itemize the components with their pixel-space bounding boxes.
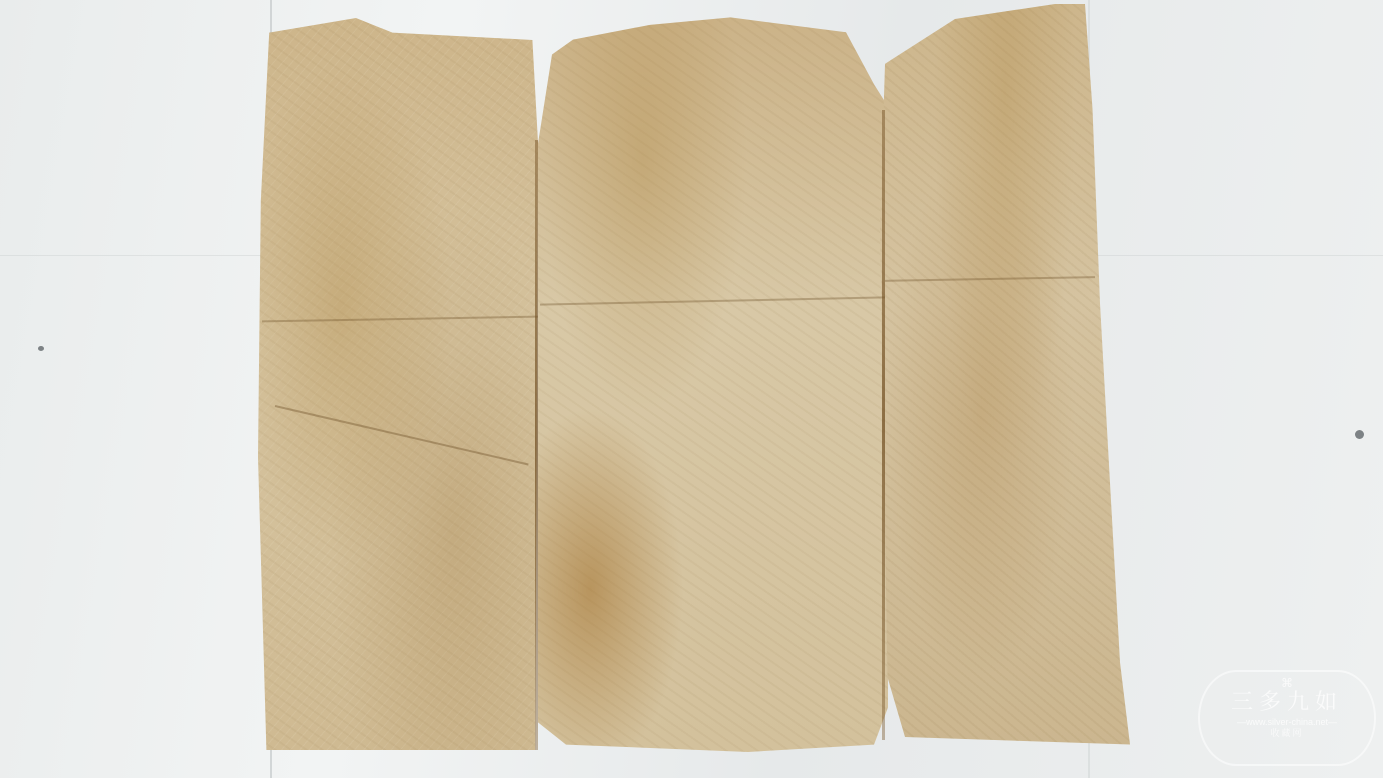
- fold-crease: [882, 110, 885, 740]
- watermark-title: 三多九如: [1200, 690, 1374, 716]
- watermark: ⌘ 三多九如 —www.silver-china.net— 收藏网: [1198, 670, 1376, 766]
- watermark-url: —www.silver-china.net—: [1200, 716, 1374, 728]
- fold-crease: [535, 140, 538, 750]
- paper-panel-middle: [538, 10, 888, 752]
- watermark-subtitle: 收藏网: [1200, 728, 1374, 740]
- floor-speck: [1355, 430, 1364, 439]
- floor-speck: [38, 346, 44, 351]
- paper-panel-left: [258, 18, 538, 750]
- paper-panel-right: [880, 4, 1130, 752]
- knot-icon: ⌘: [1200, 676, 1374, 690]
